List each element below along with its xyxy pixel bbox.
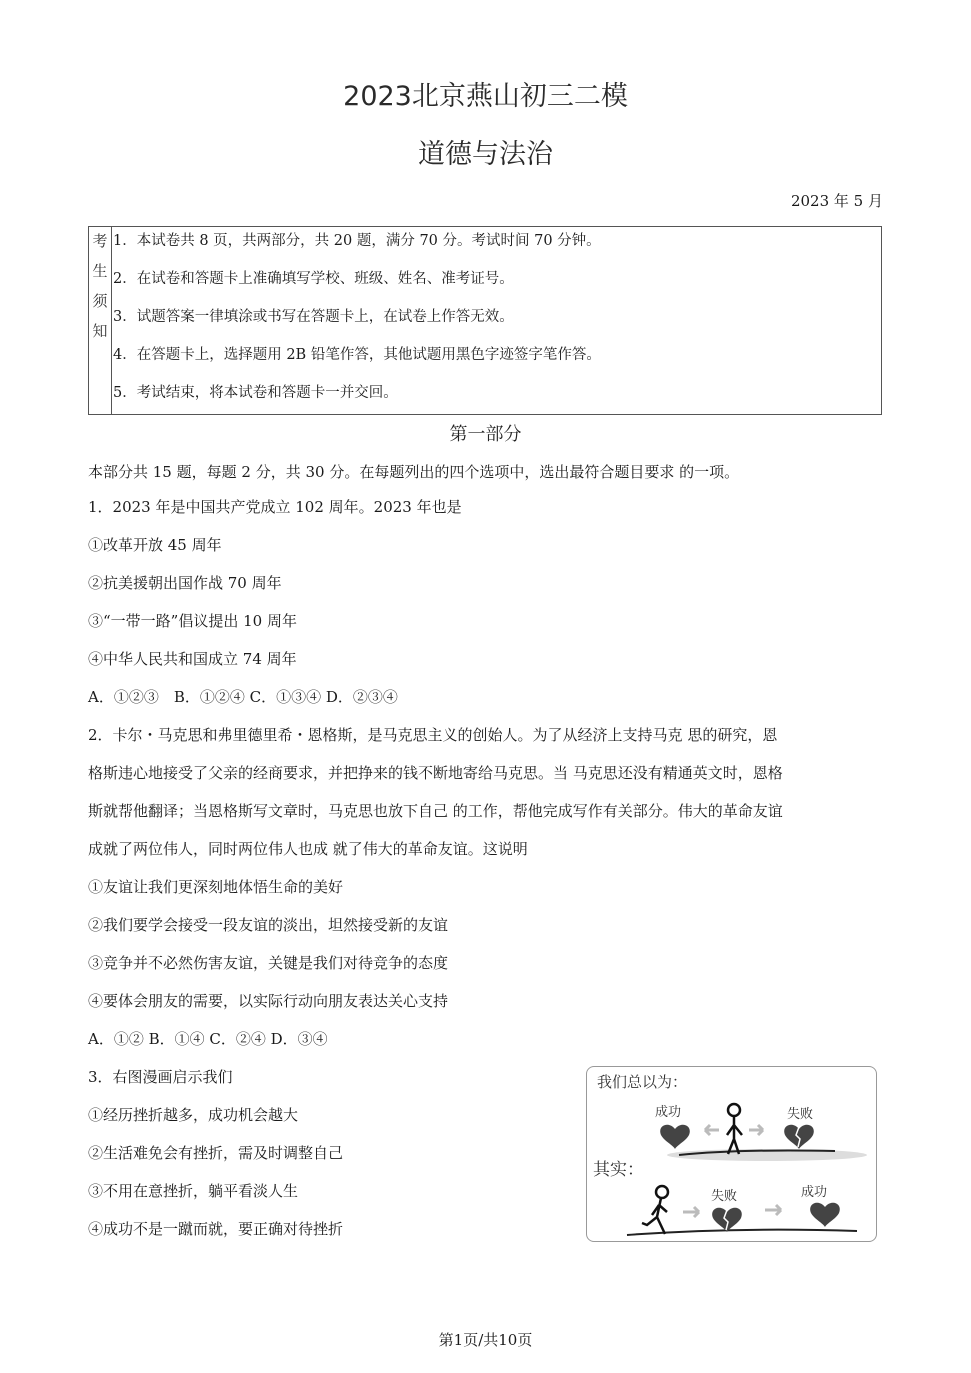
comic-label-failure: 失败 [787,1103,813,1122]
comic-label-failure: 失败 [711,1185,737,1204]
comic-label-success: 成功 [801,1181,827,1200]
exam-date: 2023 年 5 月 [791,190,883,211]
q2-statement: ①友谊让我们更深刻地体悟生命的美好 [88,876,343,898]
question-2-stem: 2．卡尔・马克思和弗里德里希・恩格斯，是马克思主义的创始人。为了从经济上支持马克… [88,724,777,746]
q1-statement: ③“一带一路”倡议提出 10 周年 [88,610,297,632]
notice-items: 1．本试卷共 8 页，共两部分，共 20 题，满分 70 分。考试时间 70 分… [113,227,877,417]
q2-statement: ②我们要学会接受一段友谊的淡出，坦然接受新的友谊 [88,914,448,936]
notice-label: 考 生 须 知 [89,227,112,414]
q2-statement: ④要体会朋友的需要，以实际行动向朋友表达关心支持 [88,990,448,1012]
notice-item: 1．本试卷共 8 页，共两部分，共 20 题，满分 70 分。考试时间 70 分… [113,227,877,265]
notice-label-char: 考 [89,227,111,257]
comic-bottom-caption: 其实： [593,1155,644,1180]
page-indicator: 第1页/共10页 [0,1329,971,1350]
comic-illustration: 我们总以为： 成功 失败 其实： 失败 成功 [586,1066,877,1242]
q3-statement: ②生活难免会有挫折，需及时调整自己 [88,1142,343,1164]
notice-item: 2．在试卷和答题卡上准确填写学校、班级、姓名、准考证号。 [113,265,877,303]
comic-label-success: 成功 [655,1101,681,1120]
question-2-stem: 格斯违心地接受了父亲的经商要求，并把挣来的钱不断地寄给马克思。当 马克思还没有精… [88,762,783,784]
q1-statement: ①改革开放 45 周年 [88,534,222,556]
notice-item: 4．在答题卡上，选择题用 2B 铅笔作答，其他试题用黑色字迹签字笔作答。 [113,341,877,379]
notice-label-char: 须 [89,287,111,317]
q1-choices: A．①②③ B．①②④ C．①③④ D．②③④ [88,686,398,708]
q1-statement: ④中华人民共和国成立 74 周年 [88,648,297,670]
notice-item: 5．考试结束，将本试卷和答题卡一并交回。 [113,379,877,417]
question-3-stem: 3．右图漫画启示我们 [88,1066,233,1088]
q3-statement: ④成功不是一蹴而就，要正确对待挫折 [88,1218,343,1240]
notice-label-char: 生 [89,257,111,287]
q1-statement: ②抗美援朝出国作战 70 周年 [88,572,282,594]
part-instructions: 本部分共 15 题，每题 2 分，共 30 分。在每题列出的四个选项中，选出最符… [88,461,739,483]
q3-statement: ③不用在意挫折，躺平看淡人生 [88,1180,298,1202]
question-2-stem: 成就了两位伟人，同时两位伟人也成 就了伟大的革命友谊。这说明 [88,838,528,860]
notice-label-char: 知 [89,317,111,347]
q2-statement: ③竞争并不必然伤害友谊，关键是我们对待竞争的态度 [88,952,448,974]
notice-item: 3．试题答案一律填涂或书写在答题卡上，在试卷上作答无效。 [113,303,877,341]
question-2-stem: 斯就帮他翻译；当恩格斯写文章时，马克思也放下自己 的工作，帮他完成写作有关部分。… [88,800,783,822]
q3-statement: ①经历挫折越多，成功机会越大 [88,1104,298,1126]
q2-choices: A．①② B．①④ C．②④ D．③④ [88,1028,328,1050]
candidate-notice-box: 考 生 须 知 1．本试卷共 8 页，共两部分，共 20 题，满分 70 分。考… [88,226,882,415]
exam-title: 2023北京燕山初三二模 [0,74,971,113]
subject-title: 道德与法治 [0,132,971,171]
part-heading: 第一部分 [0,420,971,446]
question-1-stem: 1．2023 年是中国共产党成立 102 周年。2023 年也是 [88,496,462,518]
comic-top-caption: 我们总以为： [597,1071,687,1092]
